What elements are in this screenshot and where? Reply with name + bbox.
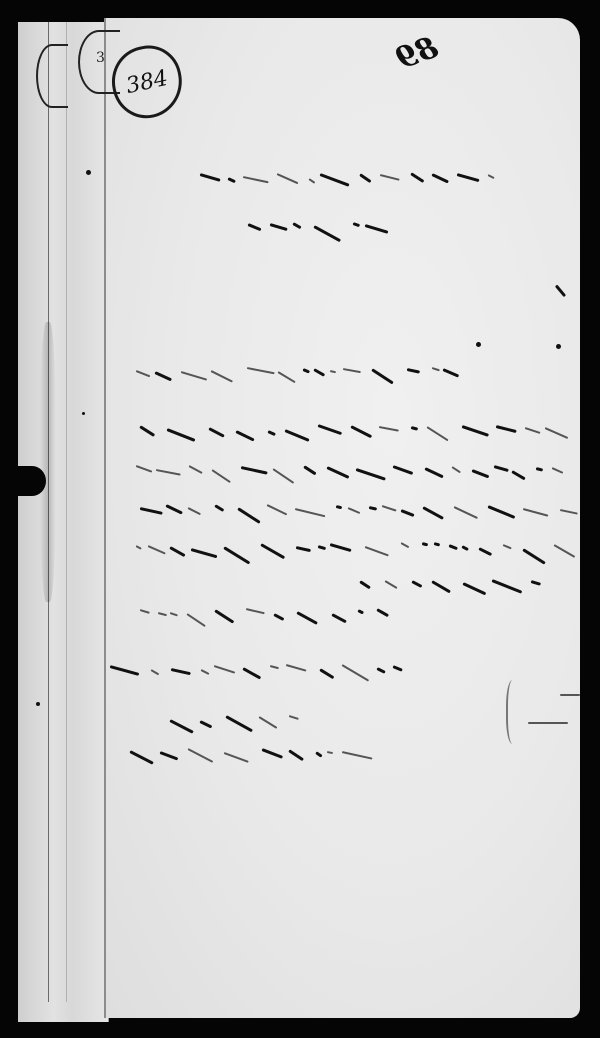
pen-stroke	[269, 223, 287, 231]
pen-stroke	[200, 173, 221, 182]
pen-stroke	[286, 664, 307, 672]
pen-stroke	[457, 173, 480, 182]
pen-stroke	[451, 466, 460, 473]
pen-stroke	[531, 580, 541, 586]
pen-stroke	[140, 507, 163, 515]
body-line-2	[140, 420, 560, 434]
signature-2	[130, 742, 350, 756]
pen-stroke	[358, 609, 365, 614]
pen-stroke	[434, 542, 441, 547]
pen-stroke	[329, 544, 351, 553]
pen-stroke	[393, 465, 414, 475]
pen-stroke	[289, 715, 299, 720]
ink-dot	[36, 702, 40, 706]
signature-1	[170, 710, 300, 724]
body-line-6	[360, 574, 550, 588]
marginal-bracket	[506, 680, 522, 744]
pen-stroke	[157, 612, 166, 616]
pen-stroke	[378, 426, 398, 432]
pen-stroke	[502, 544, 511, 549]
closing-line-2	[110, 660, 400, 674]
marginal-note	[560, 694, 580, 696]
pen-stroke	[302, 368, 310, 374]
pen-stroke	[369, 506, 378, 511]
binding-hole	[18, 466, 46, 496]
pen-stroke	[213, 665, 235, 674]
body-line-1	[136, 362, 466, 376]
pen-stroke	[292, 222, 302, 229]
pen-stroke	[189, 465, 203, 474]
pen-stroke	[327, 751, 334, 754]
pen-stroke	[493, 466, 508, 473]
pen-stroke	[461, 546, 468, 552]
pen-stroke	[411, 580, 423, 588]
body-line-3	[136, 460, 566, 474]
pen-stroke	[353, 222, 360, 227]
pen-stroke	[411, 426, 418, 431]
pen-stroke	[400, 542, 409, 548]
pen-stroke	[536, 467, 544, 472]
pen-stroke	[377, 609, 390, 618]
pen-stroke	[432, 367, 440, 371]
pen-stroke	[318, 424, 342, 435]
ink-dot	[86, 170, 91, 175]
pen-stroke	[384, 580, 397, 589]
pen-stroke	[241, 467, 268, 476]
partial-stamp-outer	[36, 44, 68, 108]
pen-stroke	[380, 174, 400, 181]
marginal-note	[528, 722, 568, 724]
pen-stroke	[136, 465, 152, 472]
pen-stroke	[246, 608, 265, 614]
pen-stroke	[449, 544, 459, 550]
pen-stroke	[343, 369, 361, 374]
partial-stamp-number: 3	[96, 50, 105, 66]
pen-stroke	[422, 542, 429, 546]
pen-stroke	[551, 467, 563, 474]
fold-shadow	[40, 322, 56, 602]
pen-stroke	[136, 545, 142, 550]
heading-line-2	[248, 216, 388, 230]
pen-stroke	[359, 173, 372, 183]
pen-stroke	[136, 370, 151, 377]
pen-stroke	[214, 504, 224, 512]
pen-stroke	[336, 506, 343, 510]
ink-dot	[476, 342, 481, 347]
pen-stroke	[487, 175, 494, 180]
pen-stroke	[247, 223, 261, 231]
pen-stroke	[270, 665, 279, 669]
pen-stroke	[166, 504, 183, 514]
body-line-4	[140, 500, 570, 514]
heading-line-1	[200, 168, 510, 182]
backing-sheet	[18, 22, 109, 1022]
pen-stroke	[140, 609, 150, 614]
pen-stroke	[376, 668, 385, 675]
pen-stroke	[330, 370, 336, 373]
pen-stroke	[411, 173, 425, 184]
pen-stroke	[407, 368, 420, 374]
pen-stroke	[170, 612, 179, 617]
ink-dot	[556, 344, 561, 349]
ink-dot	[82, 412, 85, 415]
pen-stroke	[296, 546, 311, 552]
pen-stroke	[313, 368, 325, 377]
pen-stroke	[496, 425, 517, 433]
margin-line	[66, 22, 67, 1002]
pen-stroke	[110, 665, 140, 676]
pen-stroke	[247, 367, 274, 374]
stamp-number: 384	[124, 65, 170, 98]
closing-line-1	[140, 604, 400, 618]
pen-stroke	[348, 507, 360, 514]
pen-stroke	[382, 505, 396, 511]
pen-stroke	[318, 545, 327, 550]
body-line-5	[136, 538, 566, 552]
pen-stroke	[303, 465, 317, 475]
pen-stroke	[188, 507, 201, 515]
pen-stroke	[525, 427, 541, 434]
